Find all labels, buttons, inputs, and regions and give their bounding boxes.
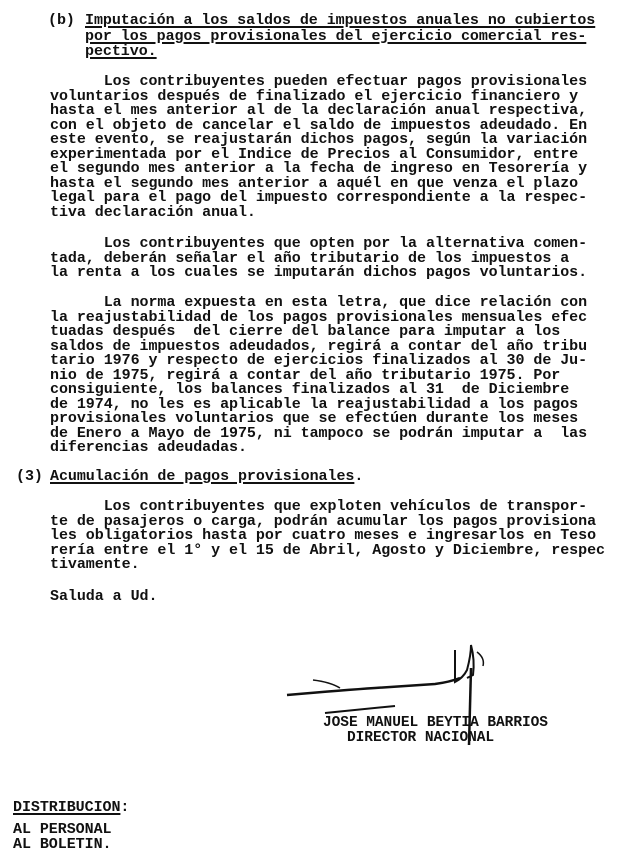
section-b-marker: (b) xyxy=(48,14,75,29)
section-b-heading-line-1: Imputación a los saldos de impuestos anu… xyxy=(85,14,595,29)
text-line: tiva declaración anual. xyxy=(50,206,256,221)
section-b-heading-line-2: por los pagos provisionales del ejercici… xyxy=(85,30,586,45)
distribution-item: AL BOLETIN. xyxy=(13,838,111,853)
section-3-heading: Acumulación de pagos provisionales. xyxy=(50,470,363,485)
distribution-heading: DISTRIBUCION: xyxy=(13,801,129,816)
text-line: la renta a los cuales se imputarán dicho… xyxy=(50,266,587,281)
distribution-heading-text: DISTRIBUCION xyxy=(13,799,120,816)
section-3-heading-text: Acumulación de pagos provisionales xyxy=(50,468,354,485)
memo-page: (b) Imputación a los saldos de impuestos… xyxy=(0,0,630,867)
text-line: diferencias adeudadas. xyxy=(50,441,247,456)
distribution-heading-colon: : xyxy=(120,799,129,816)
signatory-name: JOSE MANUEL BEYTIA BARRIOS xyxy=(323,716,548,731)
section-3-heading-period: . xyxy=(354,468,363,485)
signatory-title: DIRECTOR NACIONAL xyxy=(347,731,494,746)
section-3-marker: (3) xyxy=(16,470,43,485)
closing-salutation: Saluda a Ud. xyxy=(50,590,157,605)
text-line: tivamente. xyxy=(50,558,140,573)
section-b-heading-line-3: pectivo. xyxy=(85,45,157,60)
